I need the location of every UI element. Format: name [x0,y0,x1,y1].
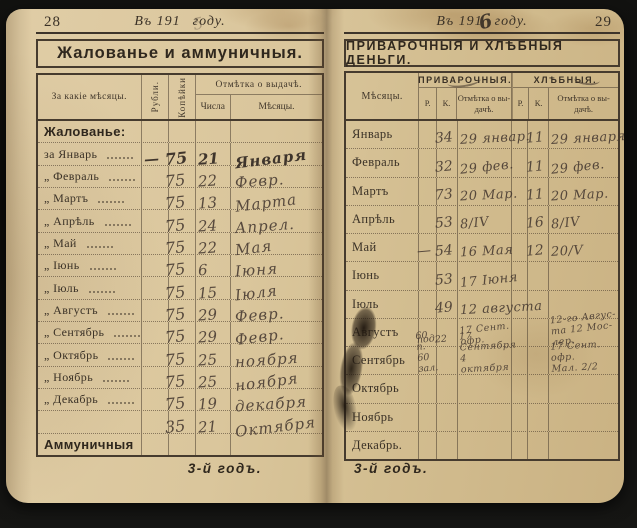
cell-bread-kopecks [528,404,548,431]
handwritten-kopecks: 12 [526,243,545,260]
table-row: Апрѣль 53 8/IV 16 8/IV [346,206,618,234]
cell-day: 25 [196,344,232,365]
cell-bread-issue-mark: 29 января [549,121,618,148]
cell-kopecks: 75 [169,344,196,365]
cell-mess-issue-mark [458,432,512,459]
table-row: „ Апрѣль 75 24 Апрел. [38,210,322,232]
binding-gutter [308,9,344,503]
cell-day: 13 [196,188,232,209]
cell-kopecks: 75 [169,322,196,343]
row-label: „ Іюль [38,277,142,298]
month-label: „ Ноябрь [44,370,93,385]
handwritten-kopecks: 11 [526,130,545,147]
cell-kopecks: 35 [169,411,196,432]
cell-day: 15 [196,277,232,298]
cell-kopecks: 75 [169,166,196,187]
dotted-leader [98,201,124,203]
cell-bread-kopecks [528,319,548,346]
cell-bread-rubles [512,404,528,431]
table-row: Май — 54 16 Мая 12 20/V [346,234,618,262]
cell-mess-kopecks [437,432,457,459]
cell-mess-kopecks: 49 [437,291,457,318]
table-body: Январь 34 29 январ. 11 29 января Февраль [346,121,618,459]
rations-table: Мѣсяцы. ПРИВАРОЧНЫЯ. Р. К. Отмѣтка о вы-… [344,71,620,461]
table-row: „ Ноябрь 75 25 ноября [38,367,322,389]
cell-day: 25 [196,367,232,388]
row-label: Іюнь [346,262,419,289]
row-label: Аммуничныя [38,434,142,455]
handwritten-issue-mark: 17 Сентября 4 октября [458,329,517,376]
cell-bread-issue-mark: 8/IV [549,206,618,233]
handwritten-issue-mark: 29 января [550,129,625,148]
cell-mess-kopecks: 32 [437,149,457,176]
cell-mess-rubles [419,375,437,402]
table-row: Мартъ 73 20 Мар. 11 20 Мар. [346,178,618,206]
cell-kopecks: 75 [169,367,196,388]
page-title: Жалованье и аммуничныя. [36,39,324,68]
dotted-leader [103,380,129,382]
table-row: „ Октябрь 75 25 ноября [38,344,322,366]
row-label [38,411,142,432]
cell-bread-issue-mark: 20/V [549,234,618,261]
cell-day [196,434,232,455]
cell-kopecks: 75 [169,143,196,164]
column-header-issue-mark: Отмѣтка о вы- дачѣ. [549,88,618,119]
handwritten-issue-mark: 8/IV [459,215,490,233]
cell-mess-issue-mark: 20 Мар. [458,178,512,205]
dotted-leader [105,224,131,226]
month-label: Май [352,240,377,255]
cell-day: 29 [196,300,232,321]
row-label: „ Февраль [38,166,142,187]
year-of-service-label: 3-й годъ. [354,461,428,476]
cell-bread-rubles [512,291,528,318]
page-title: ПРИВАРОЧНЫЯ И ХЛѢБНЫЯ ДЕНЬГИ. [344,39,620,67]
column-group-bread-money: ХЛѢБНЫЯ. Р. К. Отмѣтка о вы- дачѣ. [512,73,618,119]
cell-bread-kopecks: 11 [528,121,548,148]
table-row: Жалованье: [38,121,322,143]
cell-kopecks: 75 [169,210,196,231]
cell-bread-issue-mark: 17 Сент. офр. Мал. 2/2 [549,347,618,374]
cell-bread-issue-mark: 20 Мар. [549,178,618,205]
cell-mess-rubles: 60 п. 60 зал. [419,347,437,374]
handwritten-issue-mark: 8/IV [550,215,581,233]
cell-bread-kopecks: 11 [528,149,548,176]
month-label: „ Іюнь [44,258,80,273]
year-of-service-label: 3-й годъ. [188,461,262,476]
handwritten-kopecks: 16 [526,214,545,231]
header-rule [344,32,620,34]
month-label: „ Февраль [44,169,99,184]
table-row: „ Сентябрь 75 29 Февр. [38,322,322,344]
table-row: Аммуничныя [38,434,322,455]
month-label: „ Іюль [44,281,79,296]
row-label: „ Апрѣль [38,210,142,231]
cell-mess-kopecks [437,347,457,374]
month-label: Жалованье: [44,124,126,139]
month-label: Мартъ [352,184,389,199]
handwritten-issue-mark: 29 фев. [550,157,605,178]
handwritten-kopecks: 11 [526,158,545,175]
table-row: Октябрь [346,375,618,403]
cell-kopecks: 75 [169,277,196,298]
month-label: „ Августъ [44,303,98,318]
month-label: Іюнь [352,268,380,283]
cell-mess-issue-mark: 17 Іюня [458,262,512,289]
cell-mess-issue-mark: 29 фев. [458,149,512,176]
month-label: „ Мартъ [44,191,88,206]
table-row: „ Май 75 22 Мая [38,233,322,255]
table-header: За какіе мѣсяцы. Рубли. Копѣйки Отмѣтка … [38,75,322,121]
month-label: Январь [352,127,393,142]
table-row: „ Мартъ 75 13 Марта [38,188,322,210]
cell-mess-issue-mark [458,404,512,431]
salary-table: За какіе мѣсяцы. Рубли. Копѣйки Отмѣтка … [36,73,324,457]
dotted-leader [114,335,140,337]
table-row: „ Августъ 75 29 Февр. [38,300,322,322]
dotted-leader [108,402,134,404]
table-row: „ Декабрь 75 19 декабря [38,389,322,411]
handwritten-kopecks: 53 [434,271,453,288]
cell-mess-kopecks: 54 [437,234,457,261]
cell-bread-issue-mark: 29 фев. [549,149,618,176]
month-label: за Январь [44,147,97,162]
column-header-kopecks: К. [529,88,549,119]
row-label: „ Іюнь [38,255,142,276]
column-header-months: Мѣсяцы. [346,73,419,119]
worn-page-edge [6,9,32,503]
year-printed-prefix: Въ 191 [134,14,180,29]
cell-mess-kopecks: 22 [437,319,457,346]
year-line: Въ 1915году. [36,14,324,30]
cell-kopecks [169,121,196,142]
cell-mess-rubles [419,404,437,431]
column-group-mess-money: ПРИВАРОЧНЫЯ. Р. К. Отмѣтка о вы- дачѣ. [419,73,511,119]
cell-rubles [142,434,169,455]
table-row: Іюнь 53 17 Іюня [346,262,618,290]
column-header-rubles: Р. [419,88,436,119]
cell-mess-issue-mark: 16 Мая [458,234,512,261]
handwritten-kopecks: 34 [434,130,453,147]
column-header-day: Числа [196,95,231,119]
dotted-leader [89,291,115,293]
cell-kopecks: 75 [169,255,196,276]
table-row: Ноябрь [346,404,618,432]
row-label: „ Декабрь [38,389,142,410]
header-rule [36,32,324,34]
dotted-leader [108,313,134,315]
row-label: Май [346,234,419,261]
row-label: Декабрь. [346,432,419,459]
column-header-months: За какіе мѣсяцы. [38,75,142,119]
cell-bread-rubles [512,432,528,459]
table-row: за Январь — 75 21 Января [38,143,322,165]
month-label: Аммуничныя [44,437,134,452]
column-header-kopecks: Копѣйки [169,75,196,119]
dotted-leader [107,157,133,159]
cell-day: 22 [196,166,232,187]
column-header-rubles: Р. [513,88,529,119]
column-header-issue-mark: Отмѣтка о выдачѣ. [196,75,322,95]
row-label: Апрѣль [346,206,419,233]
dotted-leader [87,246,113,248]
row-label: Жалованье: [38,121,142,142]
handwritten-kopecks: 11 [526,186,545,203]
dotted-leader [108,358,134,360]
cell-mess-issue-mark: 17 Сентября 4 октября [458,347,512,374]
group-header-bread-money: ХЛѢБНЫЯ. [513,73,618,88]
handwritten-kopecks: 54 [434,243,453,260]
cell-kopecks: 75 [169,389,196,410]
row-label: „ Ноябрь [38,367,142,388]
cell-rubles [142,121,169,142]
row-label: Февраль [346,149,419,176]
cell-bread-issue-mark [549,262,618,289]
handwritten-issue-mark: 16 Мая [459,243,513,261]
cell-bread-kopecks [528,291,548,318]
scanned-paybook-photo: 28 Въ 1915году. Жалованье и аммуничныя. … [0,0,637,528]
column-group-issue-mark: Отмѣтка о выдачѣ. Числа Мѣсяцы. [196,75,322,119]
row-label: „ Сентябрь [38,322,142,343]
handwritten-issue-mark: 20 Мар. [550,186,608,204]
left-page: 28 Въ 1915году. Жалованье и аммуничныя. … [36,9,324,503]
table-row: Февраль 32 29 фев. 11 29 фев. [346,149,618,177]
cell-mess-kopecks [437,404,457,431]
cell-kopecks [169,434,196,455]
cell-day: 21 [196,411,232,432]
cell-bread-kopecks [528,262,548,289]
handwritten-kopecks: 49 [434,299,453,316]
row-label: „ Октябрь [38,344,142,365]
row-label: Мартъ [346,178,419,205]
table-row: „ Февраль 75 22 Февр. [38,166,322,188]
month-label: Декабрь. [352,438,402,453]
cell-mess-issue-mark: 8/IV [458,206,512,233]
cell-bread-issue-mark [549,375,618,402]
cell-bread-kopecks [528,432,548,459]
cell-mess-kopecks: 34 [437,121,457,148]
column-header-rubles: Рубли. [142,75,169,119]
cell-day [196,121,232,142]
handwritten-kopecks: 73 [434,186,453,203]
handwritten-issue-mark: 20 Мар. [459,186,517,204]
cell-mess-issue-mark: 12 августа [458,291,512,318]
handwritten-issue-mark: 17 Іюня [459,270,518,291]
month-label: Ноябрь [352,410,394,425]
table-row: Декабрь. [346,432,618,459]
column-header-kopecks: К. [437,88,457,119]
handwritten-issue-mark: 17 Сент. офр. Мал. 2/2 [550,340,619,376]
table-row: Январь 34 29 январ. 11 29 января [346,121,618,149]
cell-bread-kopecks: 16 [528,206,548,233]
cell-bread-kopecks [528,347,548,374]
cell-bread-rubles [512,375,528,402]
cell-bread-kopecks: 11 [528,178,548,205]
month-label: „ Декабрь [44,392,98,407]
cell-bread-kopecks: 12 [528,234,548,261]
table-row: Сентябрь 60 п. 60 зал. 17 Сентября 4 окт… [346,347,618,375]
year-printed-prefix: Въ 191 [436,14,482,29]
row-label: „ Августъ [38,300,142,321]
group-header-mess-money: ПРИВАРОЧНЫЯ. [419,73,510,88]
cell-bread-rubles [512,262,528,289]
cell-day: 19 [196,389,232,410]
cell-mess-kopecks: 73 [437,178,457,205]
table-row: „ Іюль 75 15 Іюля [38,277,322,299]
cell-bread-kopecks [528,375,548,402]
year-line: Въ 1916году. [344,14,620,30]
dotted-leader [90,268,116,270]
cell-kopecks: 75 [169,233,196,254]
handwritten-kopecks: 32 [434,158,453,175]
cell-mess-kopecks: 53 [437,206,457,233]
table-row: „ Іюнь 75 6 Іюня [38,255,322,277]
row-label: Январь [346,121,419,148]
cell-day: 29 [196,322,232,343]
cell-mess-kopecks [437,375,457,402]
cell-mess-kopecks: 53 [437,262,457,289]
cell-day: 6 [196,255,232,276]
cell-day: 22 [196,233,232,254]
year-printed-suffix: году. [495,14,528,29]
cell-mess-rubles [419,432,437,459]
cell-kopecks: 75 [169,188,196,209]
row-label: „ Май [38,233,142,254]
table-body: Жалованье: за Январь — 75 21 Янва [38,121,322,455]
handwritten-issue-mark: 29 фев. [459,157,514,178]
cell-kopecks: 75 [169,300,196,321]
handwritten-kopecks: 22 [435,335,448,347]
row-label: за Январь [38,143,142,164]
right-page: 29 Въ 1916году. ПРИВАРОЧНЫЯ И ХЛѢБНЫЯ ДЕ… [344,9,620,503]
handwritten-year-digit: 6 [476,10,495,35]
handwritten-kopecks: 53 [434,214,453,231]
open-paybook: 28 Въ 1915году. Жалованье и аммуничныя. … [6,9,624,503]
handwritten-issue-mark: 20/V [550,243,583,260]
month-label: „ Сентябрь [44,325,104,340]
cell-bread-issue-mark [549,432,618,459]
cell-mess-issue-mark [458,375,512,402]
month-label: Февраль [352,155,400,170]
cell-bread-rubles [512,347,528,374]
month-label: „ Май [44,236,77,251]
cell-day: 24 [196,210,232,231]
column-header-issue-mark: Отмѣтка о вы- дачѣ. [457,88,511,119]
month-label: „ Октябрь [44,348,98,363]
cell-day: 21 [196,143,232,164]
month-label: Апрѣль [352,212,395,227]
row-label: „ Мартъ [38,188,142,209]
month-label: „ Апрѣль [44,214,95,229]
dotted-leader [109,179,135,181]
handwritten-rubles: — [417,243,432,260]
cell-bread-issue-mark [549,404,618,431]
cell-mess-issue-mark: 29 январ. [458,121,512,148]
table-header: Мѣсяцы. ПРИВАРОЧНЫЯ. Р. К. Отмѣтка о вы-… [346,73,618,121]
table-row: 35 21 Октября [38,411,322,433]
